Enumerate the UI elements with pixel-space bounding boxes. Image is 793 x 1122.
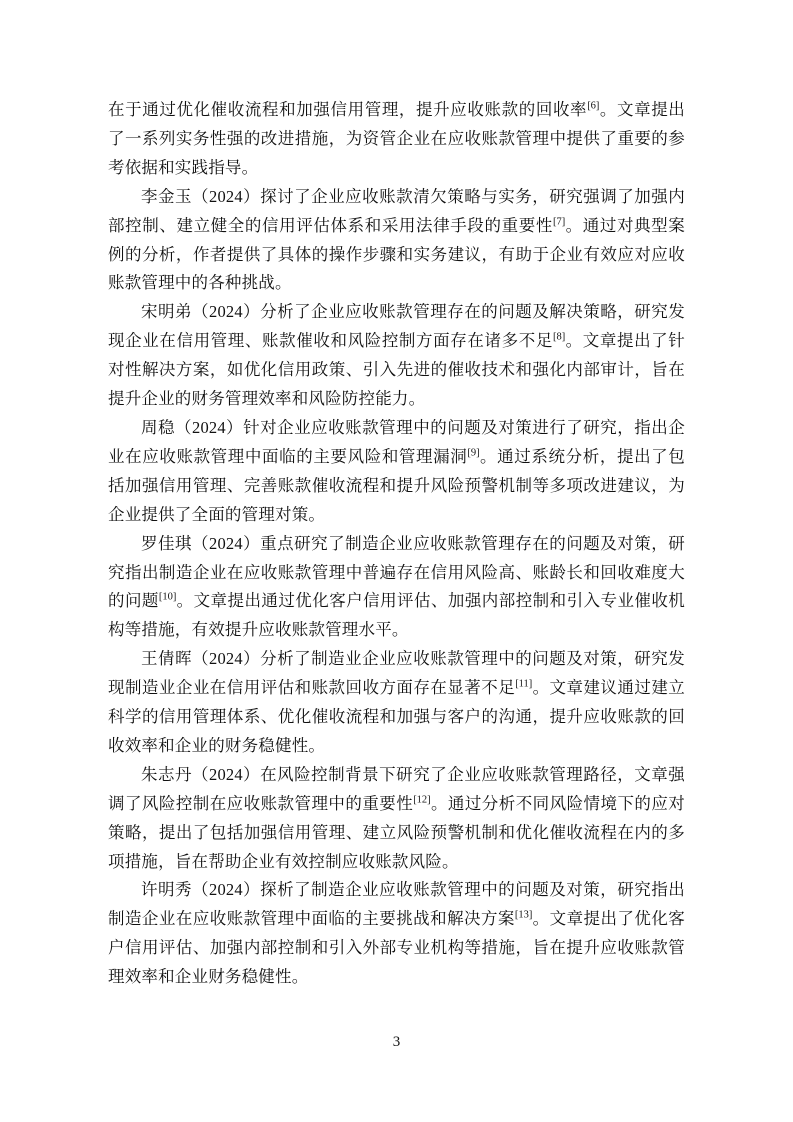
citation-ref: [12] bbox=[413, 794, 431, 805]
citation-ref: [10] bbox=[159, 592, 177, 603]
page-footer: 3 bbox=[0, 1032, 793, 1052]
paragraph-text: 。文章提出通过优化客户信用评估、加强内部控制和引入专业催收机构等措施，有效提升应… bbox=[108, 591, 685, 639]
paragraph: 在于通过优化催收流程和加强信用管理，提升应收账款的回收率[6]。文章提出了一系列… bbox=[108, 96, 685, 183]
citation-ref: [9] bbox=[467, 447, 479, 458]
paragraph: 周稳（2024）针对企业应收账款管理中的问题及对策进行了研究，指出企业在应收账款… bbox=[108, 414, 685, 530]
document-body: 在于通过优化催收流程和加强信用管理，提升应收账款的回收率[6]。文章提出了一系列… bbox=[108, 96, 685, 992]
paragraph: 王倩晖（2024）分析了制造业企业应收账款管理中的问题及对策，研究发现制造业企业… bbox=[108, 645, 685, 761]
citation-ref: [6] bbox=[587, 101, 599, 112]
citation-ref: [7] bbox=[553, 216, 565, 227]
paragraph: 朱志丹（2024）在风险控制背景下研究了企业应收账款管理路径，文章强调了风险控制… bbox=[108, 761, 685, 877]
paragraph: 李金玉（2024）探讨了企业应收账款清欠策略与实务，研究强调了加强内部控制、建立… bbox=[108, 183, 685, 299]
citation-ref: [13] bbox=[515, 910, 533, 921]
citation-ref: [11] bbox=[515, 679, 532, 690]
document-page: 在于通过优化催收流程和加强信用管理，提升应收账款的回收率[6]。文章提出了一系列… bbox=[0, 0, 793, 1122]
paragraph-text: 在于通过优化催收流程和加强信用管理，提升应收账款的回收率 bbox=[108, 100, 587, 119]
paragraph: 宋明弟（2024）分析了企业应收账款管理存在的问题及解决策略，研究发现企业在信用… bbox=[108, 298, 685, 414]
paragraph: 许明秀（2024）探析了制造企业应收账款管理中的问题及对策，研究指出制造企业在应… bbox=[108, 876, 685, 992]
page-number: 3 bbox=[393, 1034, 401, 1050]
paragraph: 罗佳琪（2024）重点研究了制造企业应收账款管理存在的问题及对策，研究指出制造企… bbox=[108, 530, 685, 646]
citation-ref: [8] bbox=[553, 332, 565, 343]
